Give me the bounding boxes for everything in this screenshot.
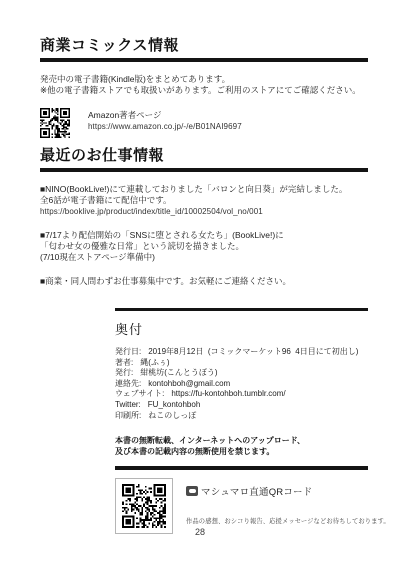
work-item-line: ■NINO(BookLive!)にて連載しておりました「バロンと向日葵」が完結し…: [40, 184, 368, 195]
work-item-line: 全6話が電子書籍にて配信中です。: [40, 195, 368, 206]
marshmallow-qr-row: マシュマロ直通QRコード 作品の感想、おシコり報告、応援メッセージなどお待ちして…: [115, 478, 368, 534]
section-title-recent-work: 最近のお仕事情報: [40, 144, 368, 165]
colophon-row-date: 発行日: 2019年8月12日 (コミックマーケット96 4日目にて初出し): [115, 347, 368, 358]
copyright-notice-line: 及び本書の記載内容の無断使用を禁じます。: [115, 447, 368, 458]
section-commercial-comics: 商業コミックス情報 発売中の電子書籍(Kindle版)をまとめてあります。 ※他…: [40, 34, 368, 138]
colophon-row-contact: 連絡先: kontohboh@gmail.com: [115, 379, 368, 390]
amazon-qr-row: Amazon著者ページ https://www.amazon.co.jp/-/e…: [40, 108, 368, 138]
work-item-line: ■7/17より配信開始の「SNSに堕とされる女たち」(BookLive!)に: [40, 230, 368, 241]
amazon-author-page-label: Amazon著者ページ: [88, 110, 242, 121]
work-item-recruit: ■商業・同人問わずお仕事募集中です。お気軽にご連絡ください。: [40, 276, 368, 287]
colophon-label: 発行日:: [115, 347, 141, 358]
copyright-notice: 本書の無断転載、インターネットへのアップロード、 及び本書の記載内容の無断使用を…: [115, 436, 368, 457]
colophon-value: 紺桃坊(こんとうぼう): [140, 368, 217, 379]
qr-code-amazon: [40, 108, 70, 138]
marshmallow-text-block: マシュマロ直通QRコード 作品の感想、おシコり報告、応援メッセージなどお待ちして…: [186, 478, 390, 525]
colophon-value: kontohboh@gmail.com: [148, 379, 230, 390]
qr-code-frame: [115, 478, 173, 534]
work-item-sns: ■7/17より配信開始の「SNSに堕とされる女たち」(BookLive!)に 「…: [40, 230, 368, 263]
colophon-value: 2019年8月12日 (コミックマーケット96 4日目にて初出し): [148, 347, 358, 358]
amazon-link-block: Amazon著者ページ https://www.amazon.co.jp/-/e…: [88, 108, 242, 132]
page-number: 28: [0, 527, 400, 537]
colophon-row-publisher: 発行: 紺桃坊(こんとうぼう): [115, 368, 368, 379]
work-item-baron: ■NINO(BookLive!)にて連載しておりました「バロンと向日葵」が完結し…: [40, 184, 368, 217]
colophon-label: ウェブサイト:: [115, 389, 164, 400]
copyright-notice-line: 本書の無断転載、インターネットへのアップロード、: [115, 436, 368, 447]
section-rule: [115, 466, 368, 470]
section-rule: [115, 308, 368, 311]
colophon-value: 縄(ふぅ): [140, 358, 169, 369]
colophon-label: 印刷所:: [115, 411, 141, 422]
colophon-value: FU_kontohboh: [148, 400, 200, 411]
qr-code-marshmallow: [122, 484, 166, 528]
section-rule: [40, 168, 368, 172]
marshmallow-title-row: マシュマロ直通QRコード: [186, 484, 390, 498]
amazon-author-page-url: https://www.amazon.co.jp/-/e/B01NAI9697: [88, 121, 242, 132]
work-item-line: ■商業・同人問わずお仕事募集中です。お気軽にご連絡ください。: [40, 276, 368, 287]
booklive-url: https://booklive.jp/product/index/title_…: [40, 206, 368, 217]
colophon-label: 発行:: [115, 368, 133, 379]
colophon-row-twitter: Twitter: FU_kontohboh: [115, 400, 368, 411]
section-rule: [40, 58, 368, 62]
colophon-value: ねこのしっぽ: [148, 411, 196, 422]
marshmallow-note: 作品の感想、おシコり報告、応援メッセージなどお待ちしております。: [186, 516, 390, 525]
section-colophon: 奥付 発行日: 2019年8月12日 (コミックマーケット96 4日目にて初出し…: [115, 308, 368, 534]
marshmallow-title: マシュマロ直通QRコード: [201, 484, 312, 498]
colophon-title: 奥付: [115, 319, 368, 338]
commercial-line-1: 発売中の電子書籍(Kindle版)をまとめてあります。: [40, 74, 368, 85]
colophon-label: 著者:: [115, 358, 133, 369]
marshmallow-icon: [186, 486, 198, 496]
section-recent-work: 最近のお仕事情報 ■NINO(BookLive!)にて連載しておりました「バロン…: [40, 144, 368, 287]
doujin-colophon-page: 商業コミックス情報 発売中の電子書籍(Kindle版)をまとめてあります。 ※他…: [0, 0, 400, 565]
work-item-line: (7/10現在ストアページ準備中): [40, 252, 368, 263]
colophon-label: Twitter:: [115, 400, 141, 411]
section-title-commercial: 商業コミックス情報: [40, 34, 368, 55]
commercial-line-2: ※他の電子書籍ストアでも取扱いがあります。ご利用のストアにてご確認ください。: [40, 85, 368, 96]
colophon-row-printer: 印刷所: ねこのしっぽ: [115, 411, 368, 422]
colophon-row-author: 著者: 縄(ふぅ): [115, 358, 368, 369]
colophon-value: https://fu-kontohboh.tumblr.com/: [171, 389, 285, 400]
colophon-row-website: ウェブサイト: https://fu-kontohboh.tumblr.com/: [115, 389, 368, 400]
work-item-line: 「匂わせ女の優雅な日常」という読切を描きました。: [40, 241, 368, 252]
colophon-label: 連絡先:: [115, 379, 141, 390]
